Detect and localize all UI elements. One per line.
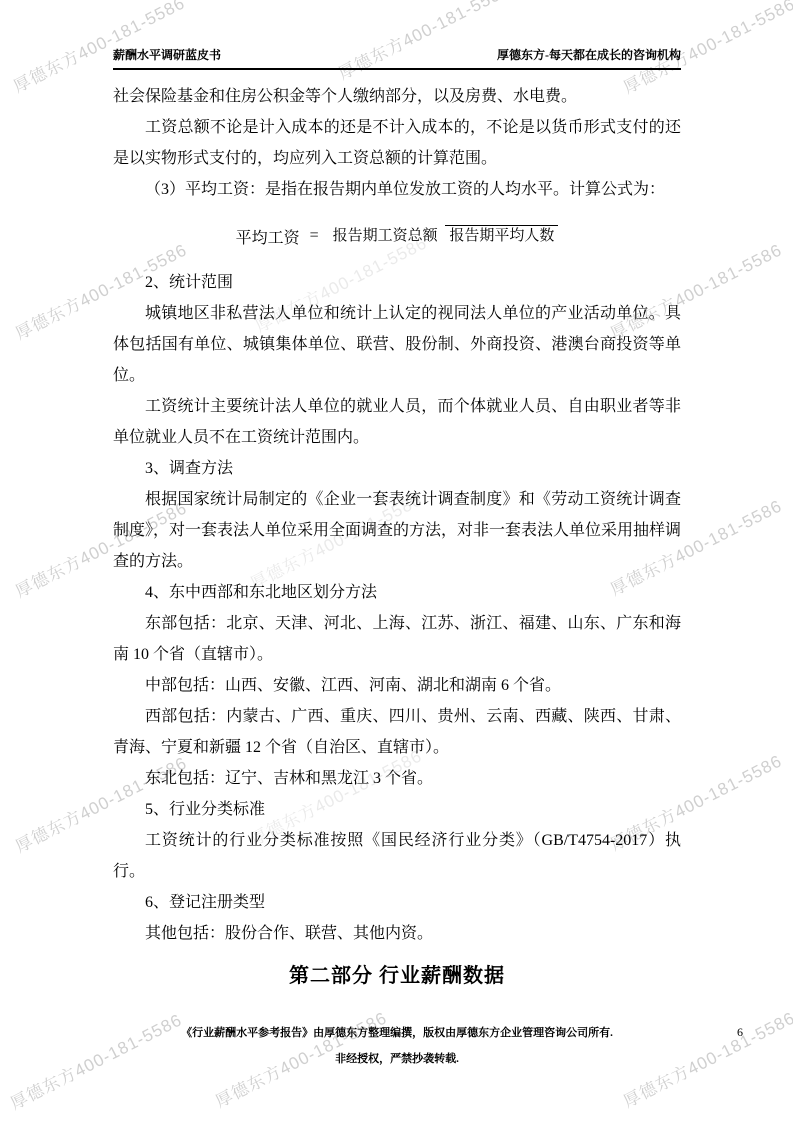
paragraph: 工资总额不论是计入成本的还是不计入成本的，不论是以货币形式支付的还是以实物形式支… <box>113 112 681 174</box>
paragraph: 城镇地区非私营法人单位和统计上认定的视同法人单位的产业活动单位。具体包括国有单位… <box>113 298 681 391</box>
footer-warning-line: 非经授权，严禁抄袭转载. <box>113 1046 681 1072</box>
page-number: 6 <box>737 1025 743 1040</box>
formula-fraction: 报告期工资总额 报告期平均人数 <box>329 226 559 246</box>
formula-lhs: 平均工资 <box>236 225 300 248</box>
average-wage-formula: 平均工资 = 报告期工资总额 报告期平均人数 <box>113 207 681 265</box>
document-body: 社会保险基金和住房公积金等个人缴纳部分，以及房费、水电费。 工资总额不论是计入成… <box>113 81 681 994</box>
paragraph: 东部包括：北京、天津、河北、上海、江苏、浙江、福建、山东、广东和海南 10 个省… <box>113 608 681 670</box>
part-two-heading: 第二部分 行业薪酬数据 <box>113 958 681 994</box>
watermark-text: 厚德东方400-181-5586 <box>333 0 514 84</box>
formula-equals-sign: = <box>310 227 319 245</box>
formula-numerator: 报告期工资总额 <box>329 228 442 246</box>
paragraph: 工资统计主要统计法人单位的就业人员，而个体就业人员、自由职业者等非单位就业人员不… <box>113 391 681 453</box>
footer-copyright-line: 《行业薪酬水平参考报告》由厚德东方整理编撰，版权由厚德东方企业管理咨询公司所有. <box>113 1020 681 1046</box>
paragraph: 工资统计的行业分类标准按照《国民经济行业分类》（GB/T4754-2017）执行… <box>113 825 681 887</box>
header-left-title: 薪酬水平调研蓝皮书 <box>113 46 221 63</box>
section-item-heading: 6、登记注册类型 <box>113 887 681 918</box>
header-right-slogan: 厚德东方-每天都在成长的咨询机构 <box>497 46 681 63</box>
section-item-heading: 2、统计范围 <box>113 267 681 298</box>
page-header: 薪酬水平调研蓝皮书 厚德东方-每天都在成长的咨询机构 <box>113 46 681 70</box>
page-footer: 《行业薪酬水平参考报告》由厚德东方整理编撰，版权由厚德东方企业管理咨询公司所有.… <box>113 1020 681 1072</box>
document-page: 厚德东方400-181-5586 厚德东方400-181-5586 厚德东方40… <box>0 0 793 1122</box>
section-item-heading: 4、东中西部和东北地区划分方法 <box>113 577 681 608</box>
paragraph: （3）平均工资：是指在报告期内单位发放工资的人均水平。计算公式为： <box>113 174 681 205</box>
section-item-heading: 3、调查方法 <box>113 453 681 484</box>
paragraph: 其他包括：股份合作、联营、其他内资。 <box>113 918 681 949</box>
paragraph: 东北包括：辽宁、吉林和黑龙江 3 个省。 <box>113 763 681 794</box>
paragraph: 西部包括：内蒙古、广西、重庆、四川、贵州、云南、西藏、陕西、甘肃、青海、宁夏和新… <box>113 701 681 763</box>
paragraph: 中部包括：山西、安徽、江西、河南、湖北和湖南 6 个省。 <box>113 670 681 701</box>
paragraph: 根据国家统计局制定的《企业一套表统计调查制度》和《劳动工资统计调查制度》，对一套… <box>113 484 681 577</box>
formula-denominator: 报告期平均人数 <box>445 225 558 244</box>
paragraph: 社会保险基金和住房公积金等个人缴纳部分，以及房费、水电费。 <box>113 81 681 112</box>
section-item-heading: 5、行业分类标准 <box>113 794 681 825</box>
